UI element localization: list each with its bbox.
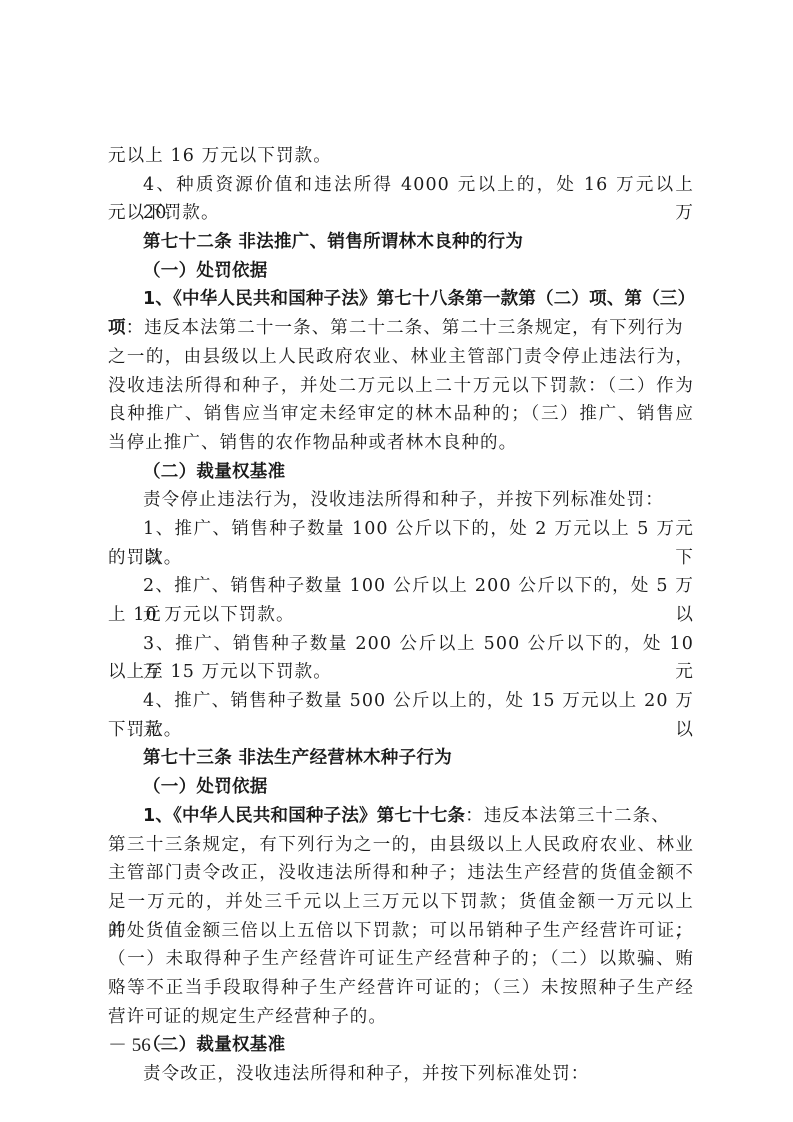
document-body: 元以上 16 万元以下罚款。 4、种质资源价值和违法所得 4000 元以上的，处… bbox=[108, 142, 694, 1089]
section-heading-penalty-basis: （一）处罚依据 bbox=[108, 257, 694, 286]
paragraph-line: 1、推广、销售种子数量 100 公斤以下的，处 2 万元以上 5 万元以下 bbox=[108, 515, 694, 544]
paragraph-line: 项：违反本法第二十一条、第二十二条、第二十三条规定，有下列行为 bbox=[108, 314, 694, 343]
section-heading-penalty-basis: （一）处罚依据 bbox=[108, 773, 694, 802]
article-heading-72: 第七十二条 非法推广、销售所谓林木良种的行为 bbox=[108, 228, 694, 257]
paragraph-line: 良种推广、销售应当审定未经审定的林木品种的；（三）推广、销售应 bbox=[108, 400, 694, 429]
paragraph-line: 第三十三条规定，有下列行为之一的，由县级以上人民政府农业、林业 bbox=[108, 831, 694, 860]
paragraph-line: 4、种质资源价值和违法所得 4000 元以上的，处 16 万元以上 20 万 bbox=[108, 171, 694, 200]
law-citation: 1、《中华人民共和国种子法》第七十七条 bbox=[143, 806, 465, 826]
section-heading-discretion: （二）裁量权基准 bbox=[108, 1031, 694, 1060]
paragraph-line: 责令改正，没收违法所得和种子，并按下列标准处罚： bbox=[108, 1060, 694, 1089]
paragraph-line: 主管部门责令改正，没收违法所得和种子；违法生产经营的货值金额不 bbox=[108, 859, 694, 888]
paragraph-line: 当停止推广、销售的农作物品种或者林木良种的。 bbox=[108, 429, 694, 458]
paragraph-line: 3、推广、销售种子数量 200 公斤以上 500 公斤以下的，处 10 万元 bbox=[108, 630, 694, 659]
paragraph-line: 4、推广、销售种子数量 500 公斤以上的，处 15 万元以上 20 万元以 bbox=[108, 687, 694, 716]
paragraph-line: 没收违法所得和种子，并处二万元以上二十万元以下罚款：（二）作为 bbox=[108, 372, 694, 401]
article-heading-73: 第七十三条 非法生产经营林木种子行为 bbox=[108, 744, 694, 773]
paragraph-line: 元以上 16 万元以下罚款。 bbox=[108, 142, 694, 171]
law-citation-heading: 1、《中华人民共和国种子法》第七十八条第一款第（二）项、第（三） bbox=[108, 285, 694, 314]
paragraph-line: 之一的，由县级以上人民政府农业、林业主管部门责令停止违法行为， bbox=[108, 343, 694, 372]
law-citation-text: ：违反本法第二十一条、第二十二条、第二十三条规定，有下列行为 bbox=[126, 318, 684, 338]
paragraph-line: （一）未取得种子生产经营许可证生产经营种子的；（二）以欺骗、贿 bbox=[108, 945, 694, 974]
law-citation-text: ：违反本法第三十二条、 bbox=[465, 806, 670, 826]
law-citation-tail: 项 bbox=[108, 318, 126, 338]
page-number: － 56 － bbox=[108, 1030, 175, 1057]
paragraph-line: 足一万元的，并处三千元以上三万元以下罚款；货值金额一万元以上的， bbox=[108, 888, 694, 917]
paragraph-line: 1、《中华人民共和国种子法》第七十七条：违反本法第三十二条、 bbox=[108, 802, 694, 831]
paragraph-line: 责令停止违法行为，没收违法所得和种子，并按下列标准处罚： bbox=[108, 486, 694, 515]
paragraph-line: 赂等不正当手段取得种子生产经营许可证的；（三）未按照种子生产经 bbox=[108, 974, 694, 1003]
paragraph-line: 营许可证的规定生产经营种子的。 bbox=[108, 1003, 694, 1032]
paragraph-line: 2、推广、销售种子数量 100 公斤以上 200 公斤以下的，处 5 万元以 bbox=[108, 572, 694, 601]
paragraph-line: 并处货值金额三倍以上五倍以下罚款；可以吊销种子生产经营许可证： bbox=[108, 917, 694, 946]
section-heading-discretion: （二）裁量权基准 bbox=[108, 458, 694, 487]
